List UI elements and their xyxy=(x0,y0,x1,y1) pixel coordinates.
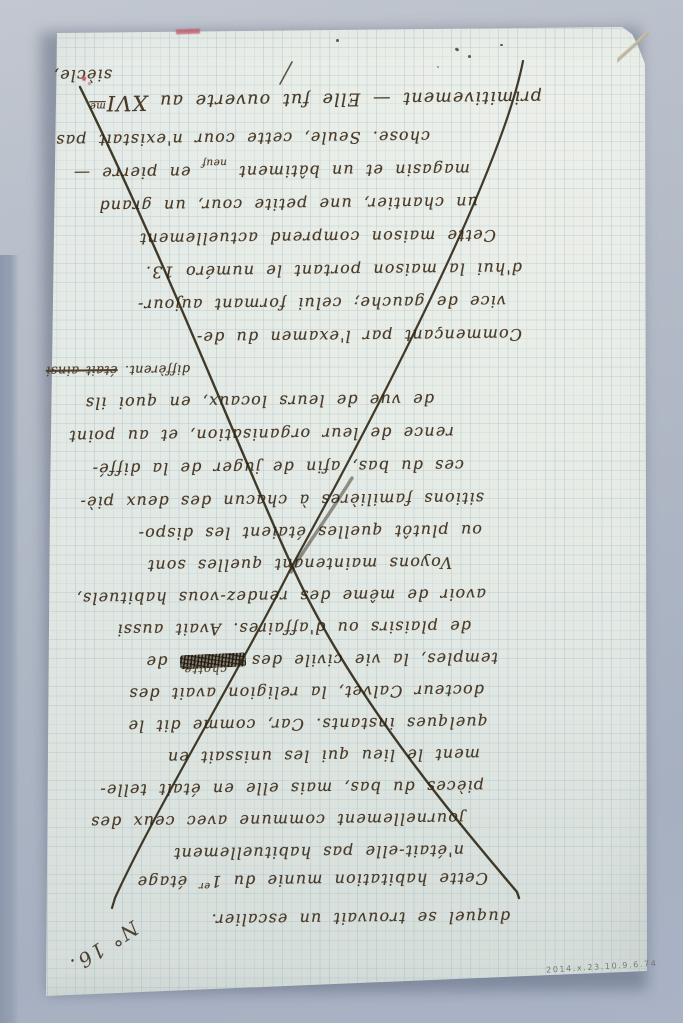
cross-out-stroke-right xyxy=(112,61,523,908)
cross-out-stroke-left xyxy=(80,87,519,898)
red-ink-speck xyxy=(88,82,91,85)
ink-speck xyxy=(336,39,339,42)
photograph-of-manuscript: siècle, primitivement — Elle fut ouverte… xyxy=(0,0,683,1023)
red-ink-mark xyxy=(176,29,200,35)
ink-speck xyxy=(468,55,471,58)
ink-speck xyxy=(500,44,503,46)
ink-speck xyxy=(437,66,439,68)
cross-out-x xyxy=(0,0,683,1023)
stray-ink-mark xyxy=(280,62,292,84)
red-ink-speck xyxy=(82,76,86,81)
ink-pooling xyxy=(291,478,352,572)
